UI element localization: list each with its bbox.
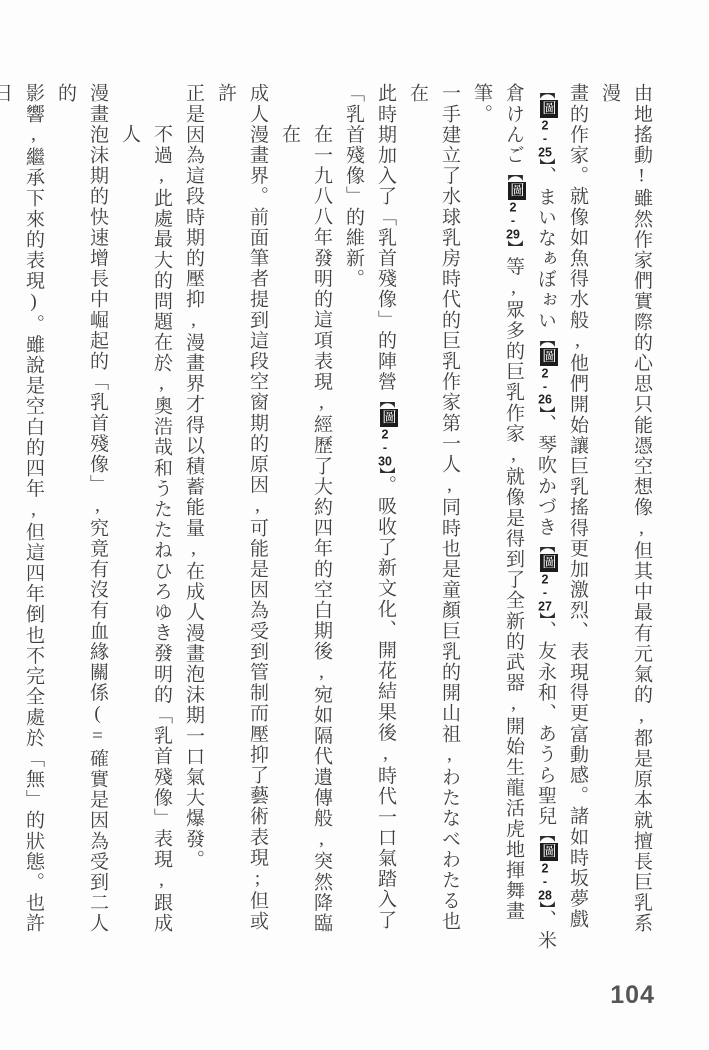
text-column: 畫的作家。就像如魚得水般,他們開始讓巨乳搖得更加激烈、表現得更富動感。諸如時坂夢… [561,83,593,951]
figure-chip-icon: 圖 [508,182,526,200]
bracket-open: 【 [537,83,554,99]
figure-reference: 【圖2-28】 [535,826,556,909]
text-column: 倉けんご【圖2-29】等,眾多的巨乳作家,就像是得到了全新的武器,開始生龍活虎地… [465,83,529,951]
text-column: 【圖2-25】、まいなぁぼぉい【圖2-26】、琴吹かづき【圖2-27】、友永和、… [529,83,561,951]
figure-number: 2-27 [538,573,552,612]
figure-number: 2-25 [538,119,552,158]
page-number: 104 [610,981,655,1010]
body-text: 由地搖動!雖然作家們實際的心思只能憑空想像,但其中最有元氣的,都是原本就擅長巨乳… [0,83,657,951]
text-column: 在一九八八年發明的這項表現,經歷了大約四年的空白期後,宛如隔代遺傳般,突然降臨在 [273,83,337,951]
figure-reference: 【圖2-30】 [375,392,396,475]
figure-chip-icon: 圖 [540,100,558,118]
text-column: 正是因為這段時期的壓抑,漫畫界才得以積蓄能量,在成人漫畫泡沫期一口氣大爆發。 [177,83,209,951]
bracket-close: 】 [537,158,554,166]
figure-number: 2-28 [538,862,552,901]
bracket-close: 】 [537,612,554,620]
bracket-close: 】 [537,406,554,414]
text-column: 由地搖動!雖然作家們實際的心思只能憑空想像,但其中最有元氣的,都是原本就擅長巨乳… [593,83,657,951]
text-column: 一手建立了水球乳房時代的巨乳作家第一人,同時也是童顏巨乳的開山祖,わたなべわたる… [401,83,465,951]
figure-reference: 【圖2-27】 [535,537,556,620]
text-column: 「乳首殘像」的維新。 [337,83,369,951]
bracket-open: 【 [537,537,554,553]
bracket-open: 【 [377,392,394,408]
book-page: 由地搖動!雖然作家們實際的心思只能憑空想像,但其中最有元氣的,都是原本就擅長巨乳… [0,0,709,1050]
bracket-close: 】 [505,240,522,256]
figure-number: 2-30 [378,428,392,467]
figure-reference: 【圖2-29】 [503,165,524,256]
figure-number: 2-26 [538,367,552,406]
figure-chip-icon: 圖 [540,348,558,366]
text-column: 成人漫畫界。前面筆者提到這段空窗期的原因,可能是因為受到管制而壓抑了藝術表現;但… [209,83,273,951]
bracket-open: 【 [537,331,554,347]
text-column: 此時期加入了「乳首殘像」的陣營【圖2-30】。吸收了新文化、開花結果後,時代一口… [369,83,401,951]
figure-reference: 【圖2-25】 [535,83,556,166]
text-column: 不過,此處最大的問題在於,奧浩哉和うたたねひろゆき發明的「乳首殘像」表現,跟成人 [113,83,177,951]
figure-number: 2-29 [506,201,520,240]
figure-chip-icon: 圖 [540,554,558,572]
bracket-close: 】 [537,901,554,909]
bracket-open: 【 [505,165,522,181]
figure-chip-icon: 圖 [380,409,398,427]
text-column: 漫畫泡沫期的快速增長中崛起的「乳首殘像」,究竟有沒有血緣關係(=確實是因為受到二… [49,83,113,951]
bracket-close: 】 [377,467,394,475]
figure-reference: 【圖2-26】 [535,331,556,414]
bracket-open: 【 [537,826,554,842]
text-column: 影響,繼承下來的表現)。雖說是空白的四年,但這四年倒也不完全處於「無」的狀態。也… [0,83,49,951]
figure-chip-icon: 圖 [540,843,558,861]
